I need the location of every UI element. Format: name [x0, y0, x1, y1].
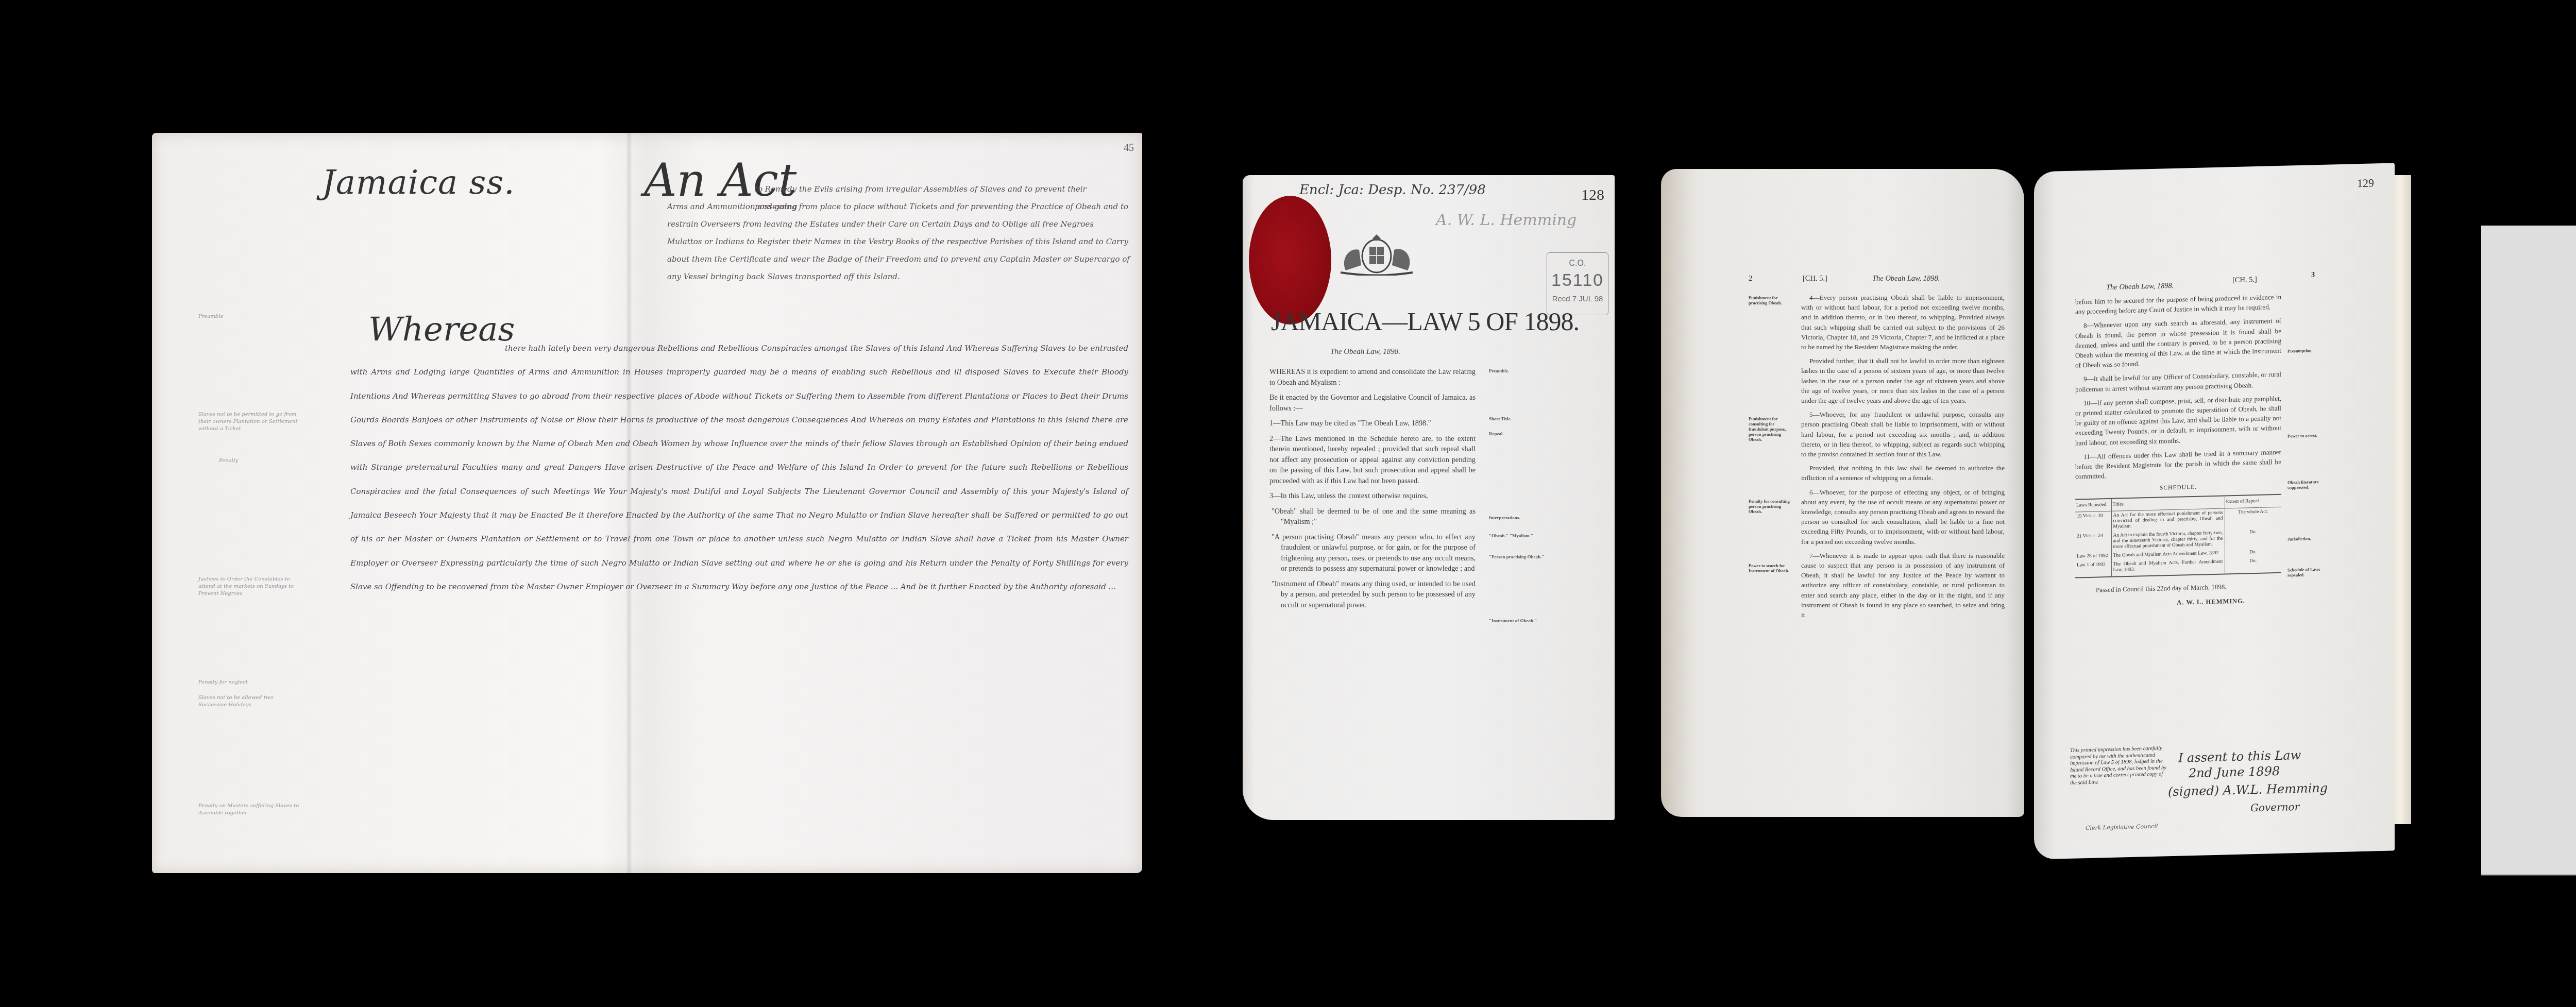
hemming-signature: A. W. L. Hemming — [1436, 211, 1577, 229]
law-text-column: WHEREAS it is expedient to amend and con… — [1269, 367, 1476, 615]
law-1898-page-2: 2 [CH. 5.] The Obeah Law, 1898. 4—Every … — [1661, 169, 2024, 817]
margin-note: Penalty for neglect — [198, 679, 301, 686]
handwritten-assent-date: 2nd June 1898 — [2189, 763, 2280, 781]
schedule-title: SCHEDULE. — [2075, 481, 2281, 496]
handwritten-governor: Governor — [2250, 799, 2299, 815]
page-number: 128 — [1581, 186, 1604, 204]
margin-note: Penalty on Masters suffering Slaves to A… — [198, 803, 301, 817]
side-note: "Instrument of Obeah." — [1489, 618, 1546, 623]
running-title: The Obeah Law, 1898. — [2106, 282, 2174, 292]
section-11: 11—All offences under this Law shall be … — [2075, 447, 2281, 482]
definition-person-practising: "A person practising Obeah" means any pe… — [1269, 532, 1476, 574]
margin-note: Penalty — [198, 457, 301, 465]
section-1: 1—This Law may be cited as "The Obeah La… — [1269, 418, 1476, 429]
side-note: Obeah literature suppressed. — [2287, 479, 2334, 490]
running-title: The Obeah Law, 1898. — [1872, 275, 1940, 283]
short-title: The Obeah Law, 1898. — [1330, 348, 1400, 356]
jurisdiction-heading: Jamaica ss. — [322, 164, 515, 202]
manuscript-act-page: 45 Jamaica ss. An Act to Remedy the Evil… — [152, 133, 1142, 873]
colonial-office-stamp: C.O. 15110 Recd 7 JUL 98 — [1547, 252, 1608, 315]
section-2: 2—The Laws mentioned in the Schedule her… — [1269, 434, 1476, 487]
section-8: 8—Whenever upon any such search as afore… — [2075, 316, 2281, 370]
section-5-proviso: Provided, that nothing in this law shall… — [1801, 463, 2005, 483]
manuscript-body: there hath lately been very dangerous Re… — [350, 336, 1128, 599]
page-number: 2 — [1749, 275, 1752, 283]
law-1898-page-3: 129 The Obeah Law, 1898. [CH. 5.] 3 befo… — [2034, 163, 2395, 859]
section-5: 5—Whoever, for any fraudulent or unlawfu… — [1801, 409, 2005, 459]
side-note: Interpretations. — [1489, 515, 1546, 520]
schedule-table: Laws Repealed. Titles. Extent of Repeal.… — [2075, 493, 2281, 578]
amendment-act-2013-page-1: JAMAICA No.3– 2013 I assent, [L.S.] (Sgd… — [2481, 225, 2576, 876]
law-1898-title-page: Encl: Jca: Desp. No. 237/98 128 A. W. L.… — [1243, 175, 1615, 820]
handwritten-assent: I assent to this Law — [2178, 747, 2301, 766]
law-text-column: 4—Every person practising Obeah shall be… — [1801, 293, 2005, 624]
side-note: Jurisdiction. — [2287, 535, 2334, 541]
side-note: Punishment for consulting for fraudulent… — [1749, 416, 1795, 442]
page-number: 129 — [2357, 176, 2374, 190]
enacting-paragraph: Be it enacted by the Governor and Legisl… — [1269, 392, 1476, 414]
royal-coat-of-arms-icon — [1325, 234, 1428, 276]
column-header: Extent of Repeal. — [2225, 494, 2281, 508]
section-10: 10—If any person shall compose, print, s… — [2075, 394, 2281, 448]
chapter-label: [CH. 5.] — [1803, 275, 1827, 283]
section-3: 3—In this Law, unless the context otherw… — [1269, 491, 1476, 502]
signer-name: A. W. L. HEMMING. — [2075, 595, 2281, 610]
side-note: Power to search for Instrument of Obeah. — [1749, 563, 1795, 573]
side-note: Short Title. — [1489, 416, 1546, 421]
section-6: 6—Whoever, for the purpose of effecting … — [1801, 487, 2005, 547]
handwritten-signature: (signed) A.W.L. Hemming — [2168, 780, 2328, 800]
act-title-rest: Arms and Ammunition and going from place… — [667, 198, 1131, 285]
despatch-annotation: Encl: Jca: Desp. No. 237/98 — [1299, 182, 1486, 198]
law-title: JAMAICA—LAW 5 OF 1898. — [1271, 306, 1579, 336]
section-7-continued: before him to be secured for the purpose… — [2075, 292, 2281, 317]
side-note: Preamble. — [1489, 368, 1546, 373]
margin-note: Preamble — [198, 313, 301, 320]
margin-note: Slaves not to be permitted to go from th… — [198, 411, 301, 433]
chapter-label: [CH. 5.] — [2232, 276, 2257, 285]
side-note: Penalty for consulting person practising… — [1749, 499, 1795, 514]
definition-instrument: "Instrument of Obeah" means any thing us… — [1269, 579, 1476, 611]
column-header: Laws Repealed. — [2075, 499, 2111, 512]
side-note: "Person practising Obeah." — [1489, 554, 1546, 559]
side-note: "Obeah." "Myalism." — [1489, 533, 1546, 538]
wax-seal-icon — [1249, 196, 1331, 325]
definition-obeah: "Obeah" shall be deemed to be of one and… — [1269, 506, 1476, 527]
margin-note: Justices to Order the Constables to atte… — [198, 576, 301, 598]
section-4-proviso: Provided further, that it shall not be l… — [1801, 356, 2005, 405]
margin-note: Slaves not to be allowed two Successive … — [198, 694, 301, 709]
side-note: Power to arrest. — [2287, 432, 2334, 438]
law-text-column: before him to be secured for the purpose… — [2075, 292, 2281, 610]
page-number: 45 — [1124, 142, 1134, 154]
passed-in-council: Passed in Council this 22nd day of March… — [2075, 580, 2281, 595]
section-4: 4—Every person practising Obeah shall be… — [1801, 293, 2005, 352]
side-note: Repeal. — [1489, 431, 1546, 436]
side-note: Presumption. — [2287, 347, 2334, 353]
inner-page-number: 3 — [2311, 270, 2315, 279]
section-7: 7—Whenever it is made to appear upon oat… — [1801, 551, 2005, 620]
preamble-paragraph: WHEREAS it is expedient to amend and con… — [1269, 367, 1476, 388]
side-note: Punishment for practising Obeah. — [1749, 295, 1795, 305]
clerk-signature: Clerk Legislative Council — [2086, 823, 2158, 831]
side-note: Schedule of Laws repealed. — [2287, 566, 2334, 577]
certificate-text: This printed impression has been careful… — [2070, 745, 2171, 787]
section-9: 9—It shall be lawful for any Officer of … — [2075, 369, 2281, 394]
